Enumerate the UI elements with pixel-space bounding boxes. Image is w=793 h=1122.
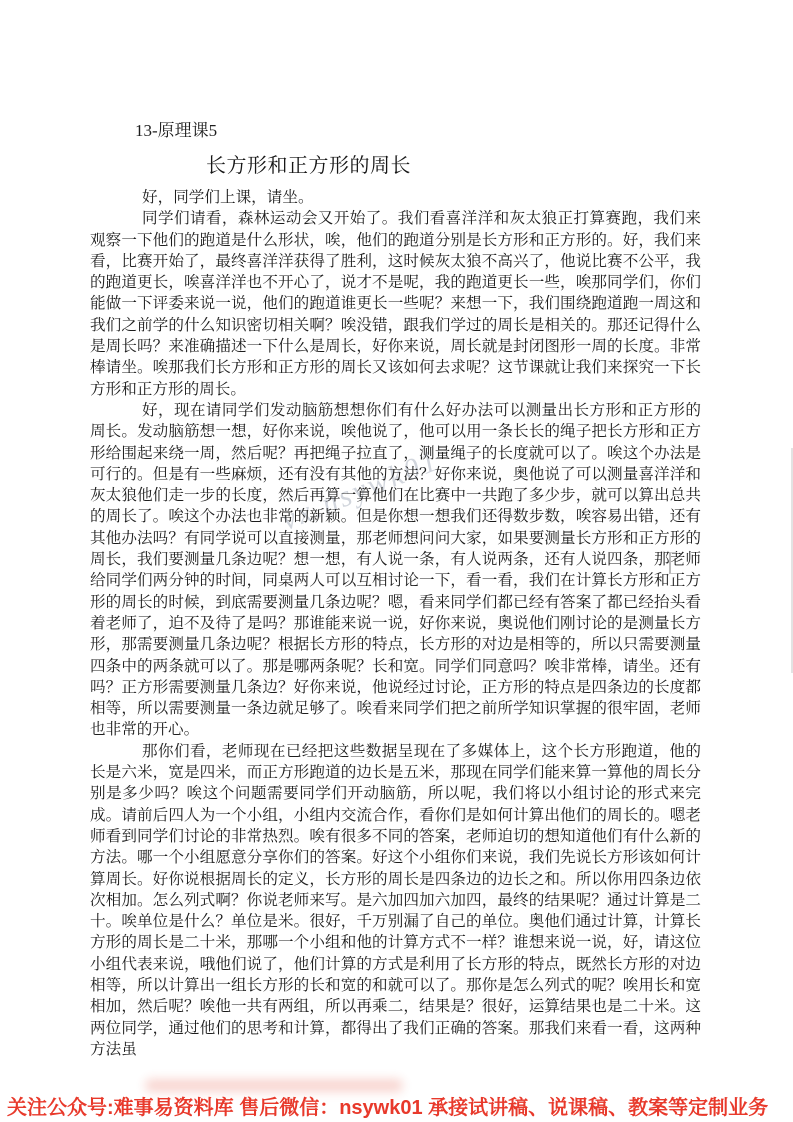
- text-cursor-mark: [669, 552, 677, 574]
- footer-banner: 关注公众号:难事易资料库 售后微信：nsywk01 承接试讲稿、说课稿、教案等定…: [7, 1091, 793, 1120]
- paragraph-group-calculation: 那你们看，老师现在已经把这些数据呈现在了多媒体上，这个长方形跑道，他的长是六米，…: [90, 741, 701, 1060]
- paragraph-greeting: 好，同学们上课，请坐。: [90, 187, 701, 208]
- doc-label: 13-原理课5: [135, 116, 217, 141]
- paragraph-measure-discussion: 好，现在请同学们发动脑筋想想你们有什么好办法可以测量出长方形和正方形的周长。发动…: [90, 400, 701, 741]
- paragraph-intro: 同学们请看，森林运动会又开始了。我们看喜洋洋和灰太狼正打算赛跑，我们来观察一下他…: [90, 208, 701, 400]
- page-title: 长方形和正方形的周长: [206, 149, 411, 178]
- document-body: 好，同学们上课，请坐。 同学们请看，森林运动会又开始了。我们看喜洋洋和灰太狼正打…: [90, 187, 701, 1060]
- document-page: 13-原理课5 长方形和正方形的周长 vx.nsywk01 好，同学们上课，请坐…: [0, 0, 793, 1122]
